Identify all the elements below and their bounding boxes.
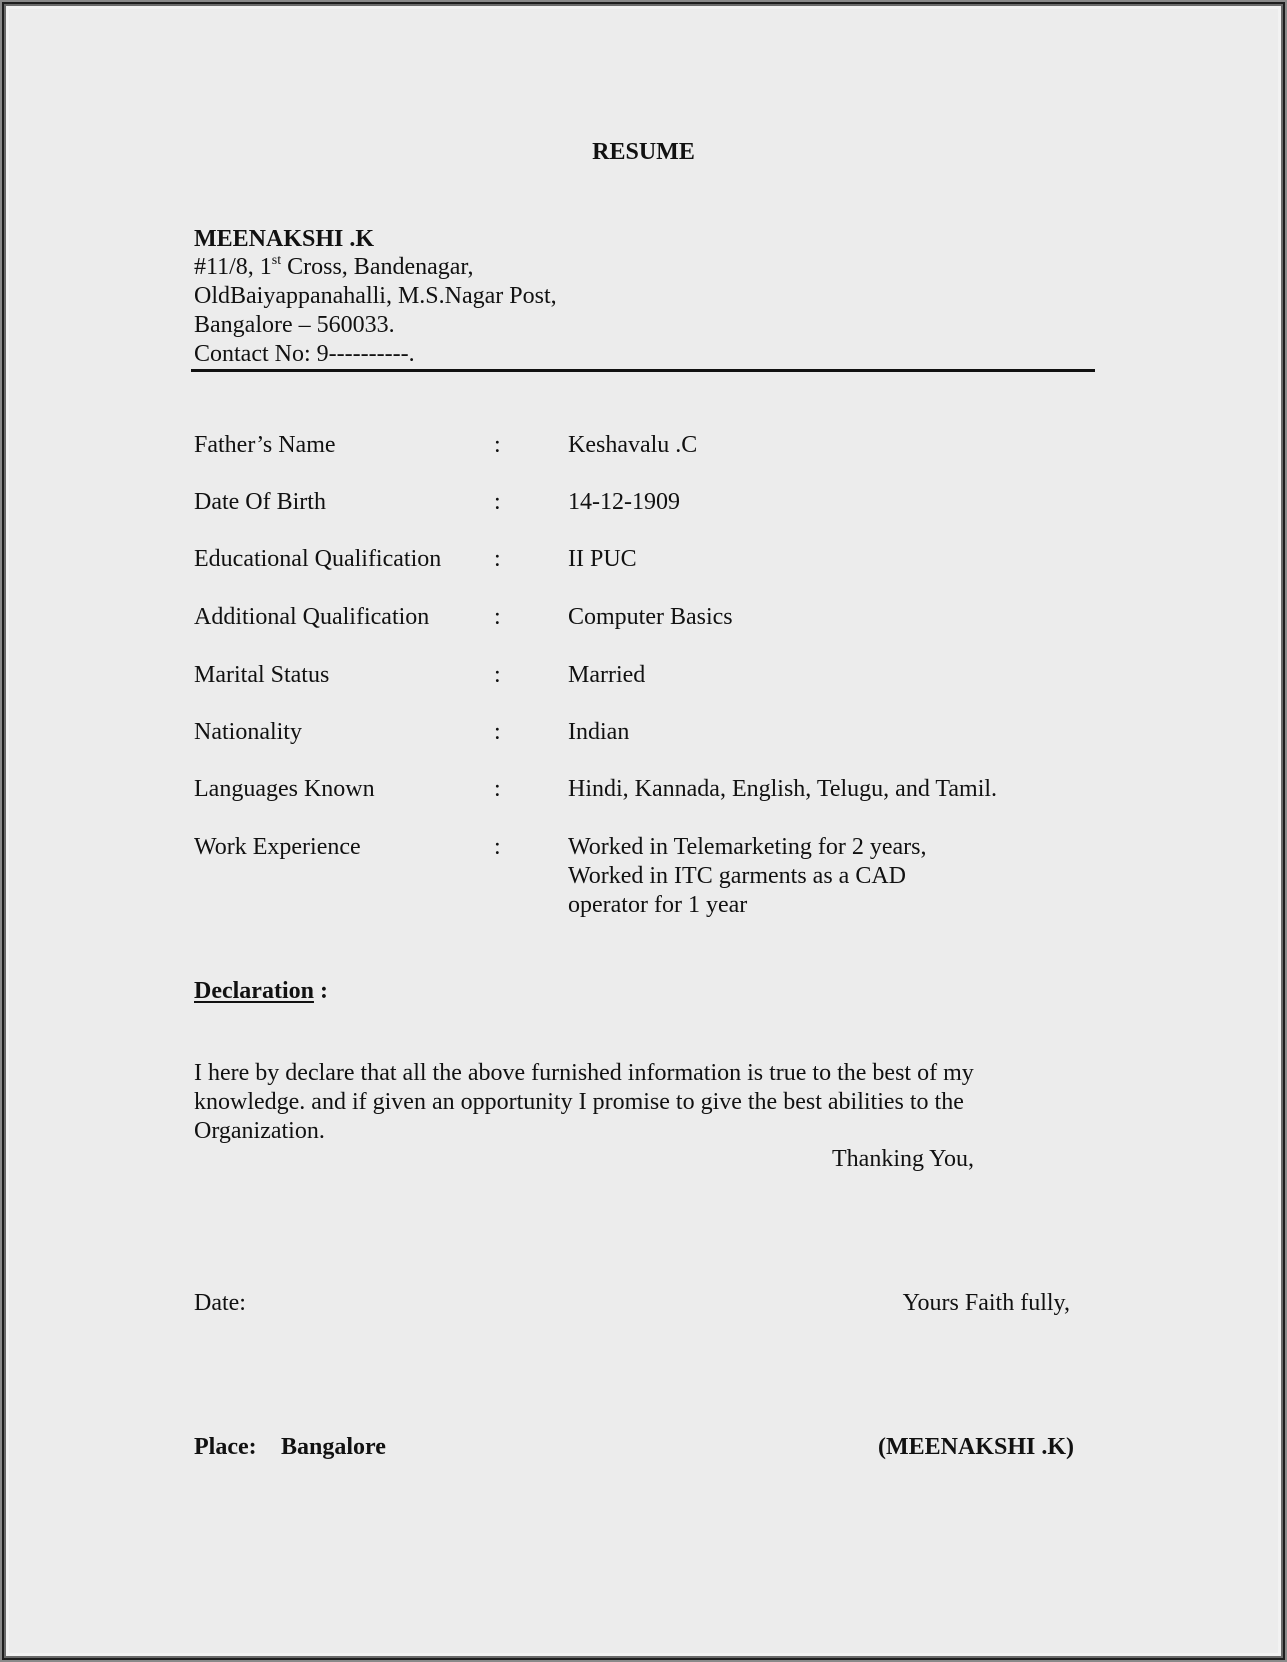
- detail-label: Nationality: [194, 720, 302, 744]
- detail-separator: :: [494, 490, 501, 514]
- detail-separator: :: [494, 835, 501, 859]
- detail-value: Computer Basics: [568, 605, 733, 629]
- detail-label: Work Experience: [194, 835, 361, 859]
- detail-label: Additional Qualification: [194, 605, 429, 629]
- detail-label: Educational Qualification: [194, 547, 441, 571]
- detail-value: 14-12-1909: [568, 490, 680, 514]
- signature-name: (MEENAKSHI .K): [878, 1435, 1074, 1459]
- place-value: Bangalore: [281, 1435, 386, 1459]
- detail-separator: :: [494, 605, 501, 629]
- ordinal-suffix: st: [272, 253, 281, 268]
- detail-value: operator for 1 year: [568, 893, 747, 917]
- detail-value: Worked in ITC garments as a CAD: [568, 864, 906, 888]
- declaration-line-2: knowledge. and if given an opportunity I…: [194, 1090, 964, 1114]
- detail-label: Father’s Name: [194, 433, 336, 457]
- closing-thanks: Thanking You,: [832, 1147, 974, 1171]
- declaration-heading-colon: :: [314, 978, 328, 1004]
- detail-value: Worked in Telemarketing for 2 years,: [568, 835, 927, 859]
- place-label: Place:: [194, 1435, 257, 1459]
- declaration-line-3: Organization.: [194, 1119, 325, 1143]
- detail-label: Languages Known: [194, 777, 375, 801]
- detail-separator: :: [494, 720, 501, 744]
- detail-separator: :: [494, 663, 501, 687]
- header-divider: [191, 369, 1095, 372]
- detail-separator: :: [494, 433, 501, 457]
- address-line-2: OldBaiyappanahalli, M.S.Nagar Post,: [194, 284, 557, 308]
- address-line-1: #11/8, 1st Cross, Bandenagar,: [194, 255, 473, 279]
- date-label: Date:: [194, 1291, 246, 1315]
- contact-number: Contact No: 9----------.: [194, 342, 415, 366]
- detail-value: Keshavalu .C: [568, 433, 697, 457]
- detail-label: Date Of Birth: [194, 490, 326, 514]
- sign-off: Yours Faith fully,: [903, 1291, 1070, 1315]
- address-line-1-pre: #11/8, 1: [194, 254, 272, 280]
- declaration-line-1: I here by declare that all the above fur…: [194, 1061, 974, 1085]
- applicant-name: MEENAKSHI .K: [194, 227, 374, 251]
- detail-value: Married: [568, 663, 645, 687]
- detail-value: II PUC: [568, 547, 637, 571]
- declaration-heading: Declaration :: [194, 979, 328, 1003]
- detail-separator: :: [494, 547, 501, 571]
- document-title: RESUME: [0, 140, 1287, 164]
- detail-separator: :: [494, 777, 501, 801]
- detail-value: Hindi, Kannada, English, Telugu, and Tam…: [568, 777, 997, 801]
- declaration-heading-text: Declaration: [194, 978, 314, 1004]
- address-line-1-post: Cross, Bandenagar,: [281, 254, 473, 280]
- address-line-3: Bangalore – 560033.: [194, 313, 395, 337]
- detail-value: Indian: [568, 720, 629, 744]
- detail-label: Marital Status: [194, 663, 329, 687]
